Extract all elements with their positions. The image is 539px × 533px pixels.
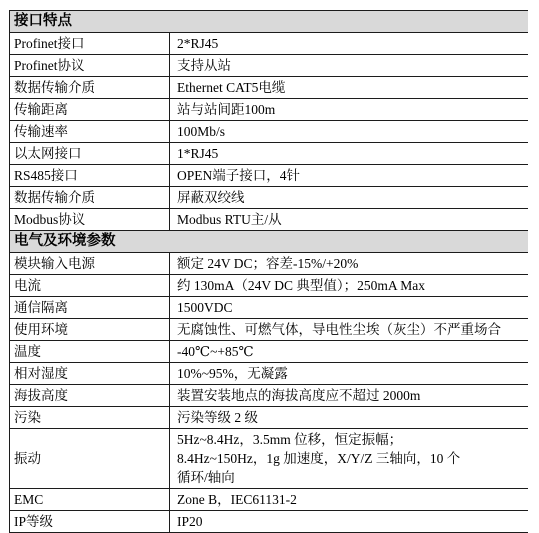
- spec-value: OPEN端子接口，4针: [170, 165, 528, 187]
- spec-label: 模块输入电源: [10, 253, 170, 275]
- spec-label: 振动: [10, 429, 170, 489]
- spec-table: 接口特点Profinet接口2*RJ45Profinet协议支持从站数据传输介质…: [9, 10, 528, 520]
- spec-label: 污染: [10, 407, 170, 429]
- spec-label: Profinet接口: [10, 33, 170, 55]
- spec-row: 模块输入电源额定 24V DC；容差-15%/+20%: [10, 253, 528, 275]
- spec-value: 10%~95%，无凝露: [170, 363, 528, 385]
- spec-value: 1*RJ45: [170, 143, 528, 165]
- spec-table-body: 接口特点Profinet接口2*RJ45Profinet协议支持从站数据传输介质…: [10, 11, 528, 521]
- spec-row: 相对湿度10%~95%，无凝露: [10, 363, 528, 385]
- spec-row: RS485接口OPEN端子接口，4针: [10, 165, 528, 187]
- spec-label: 海拔高度: [10, 385, 170, 407]
- section-header-row: 接口特点: [10, 11, 528, 33]
- spec-value: 无腐蚀性、可燃气体，导电性尘埃（灰尘）不严重场合: [170, 319, 528, 341]
- spec-label: Profinet协议: [10, 55, 170, 77]
- spec-value: 站与站间距100m: [170, 99, 528, 121]
- spec-label: 传输距离: [10, 99, 170, 121]
- spec-value: 100Mb/s: [170, 121, 528, 143]
- spec-label: 温度: [10, 341, 170, 363]
- spec-row: 数据传输介质屏蔽双绞线: [10, 187, 528, 209]
- spec-row: 温度-40℃~+85℃: [10, 341, 528, 363]
- spec-label: 数据传输介质: [10, 77, 170, 99]
- spec-label: RS485接口: [10, 165, 170, 187]
- spec-label: 电流: [10, 275, 170, 297]
- section-title: 电气及环境参数: [10, 231, 528, 253]
- spec-row: 使用环境无腐蚀性、可燃气体，导电性尘埃（灰尘）不严重场合: [10, 319, 528, 341]
- spec-value: 1500VDC: [170, 297, 528, 319]
- section-header-row: 电气及环境参数: [10, 231, 528, 253]
- spec-row: Profinet接口2*RJ45: [10, 33, 528, 55]
- spec-label: 数据传输介质: [10, 187, 170, 209]
- spec-value: 污染等级 2 级: [170, 407, 528, 429]
- spec-value: 2*RJ45: [170, 33, 528, 55]
- spec-label: Modbus协议: [10, 209, 170, 231]
- spec-row: Profinet协议支持从站: [10, 55, 528, 77]
- spec-row: 通信隔离1500VDC: [10, 297, 528, 319]
- spec-label: 传输速率: [10, 121, 170, 143]
- spec-value: Zone B，IEC61131-2: [170, 489, 528, 511]
- spec-row: Modbus协议Modbus RTU主/从: [10, 209, 528, 231]
- spec-label: 通信隔离: [10, 297, 170, 319]
- spec-value: -40℃~+85℃: [170, 341, 528, 363]
- spec-row: EMCZone B，IEC61131-2: [10, 489, 528, 511]
- spec-label: IP等级: [10, 511, 170, 521]
- spec-value: Modbus RTU主/从: [170, 209, 528, 231]
- spec-value: 约 130mA（24V DC 典型值）；250mA Max: [170, 275, 528, 297]
- spec-label: EMC: [10, 489, 170, 511]
- spec-value: Ethernet CAT5电缆: [170, 77, 528, 99]
- spec-row: 振动5Hz~8.4Hz，3.5mm 位移，恒定振幅； 8.4Hz~150Hz，1…: [10, 429, 528, 489]
- spec-label: 相对湿度: [10, 363, 170, 385]
- section-title: 接口特点: [10, 11, 528, 33]
- spec-row: 电流约 130mA（24V DC 典型值）；250mA Max: [10, 275, 528, 297]
- spec-label: 以太网接口: [10, 143, 170, 165]
- spec-value: 额定 24V DC；容差-15%/+20%: [170, 253, 528, 275]
- spec-row: 以太网接口1*RJ45: [10, 143, 528, 165]
- spec-row: 海拔高度装置安装地点的海拔高度应不超过 2000m: [10, 385, 528, 407]
- spec-row: 污染污染等级 2 级: [10, 407, 528, 429]
- spec-row: 传输速率100Mb/s: [10, 121, 528, 143]
- spec-value: 支持从站: [170, 55, 528, 77]
- spec-row: 传输距离站与站间距100m: [10, 99, 528, 121]
- spec-value: 装置安装地点的海拔高度应不超过 2000m: [170, 385, 528, 407]
- spec-value: 屏蔽双绞线: [170, 187, 528, 209]
- spec-value: 5Hz~8.4Hz，3.5mm 位移，恒定振幅； 8.4Hz~150Hz，1g …: [170, 429, 528, 489]
- spec-value: IP20: [170, 511, 528, 521]
- spec-label: 使用环境: [10, 319, 170, 341]
- spec-row: IP等级IP20: [10, 511, 528, 521]
- spec-row: 数据传输介质Ethernet CAT5电缆: [10, 77, 528, 99]
